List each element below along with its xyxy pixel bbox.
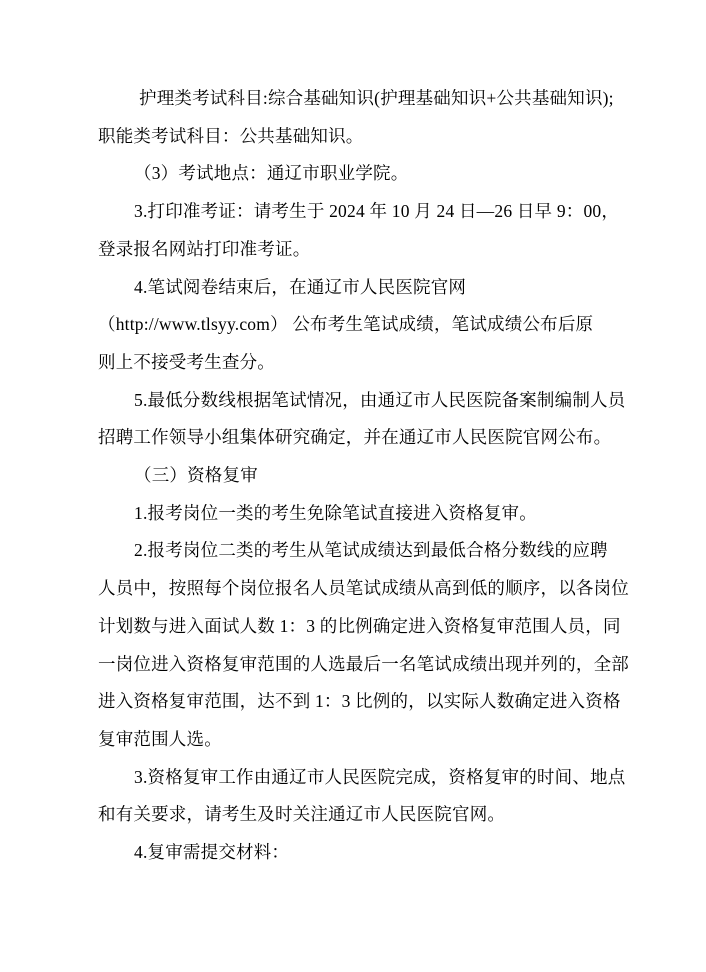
doc-section-heading: （三）资格复审 [98,457,614,495]
doc-line: 护理类考试科目:综合基础知识(护理基础知识+公共基础知识); [98,80,614,118]
doc-line: 人员中，按照每个岗位报名人员笔试成绩从高到低的顺序，以各岗位 [98,570,614,608]
doc-line: 进入资格复审范围，达不到 1：3 比例的，以实际人数确定进入资格 [98,683,614,721]
doc-line: 3.资格复审工作由通辽市人民医院完成，资格复审的时间、地点 [98,759,614,797]
document-text-block: 护理类考试科目:综合基础知识(护理基础知识+公共基础知识); 职能类考试科目：公… [98,80,614,872]
doc-line: 计划数与进入面试人数 1：3 的比例确定进入资格复审范围人员，同 [98,608,614,646]
doc-line: 4.笔试阅卷结束后，在通辽市人民医院官网 [98,269,614,307]
doc-line: 4.复审需提交材料： [98,834,614,872]
doc-line: 5.最低分数线根据笔试情况，由通辽市人民医院备案制编制人员 [98,382,614,420]
doc-line: 招聘工作领导小组集体研究确定，并在通辽市人民医院官网公布。 [98,419,614,457]
doc-line: 3.打印准考证：请考生于 2024 年 10 月 24 日—26 日早 9：00… [98,193,614,231]
document-page: 护理类考试科目:综合基础知识(护理基础知识+公共基础知识); 职能类考试科目：公… [0,0,706,972]
doc-line: 复审范围人选。 [98,721,614,759]
doc-line: 登录报名网站打印准考证。 [98,231,614,269]
doc-line: （http://www.tlsyy.com） 公布考生笔试成绩，笔试成绩公布后原 [98,306,614,344]
doc-line: 1.报考岗位一类的考生免除笔试直接进入资格复审。 [98,495,614,533]
doc-line: （3）考试地点：通辽市职业学院。 [98,155,614,193]
doc-line: 职能类考试科目：公共基础知识。 [98,118,614,156]
doc-line: 一岗位进入资格复审范围的人选最后一名笔试成绩出现并列的，全部 [98,646,614,684]
doc-line: 则上不接受考生查分。 [98,344,614,382]
doc-line: 2.报考岗位二类的考生从笔试成绩达到最低合格分数线的应聘 [98,532,614,570]
doc-line: 和有关要求，请考生及时关注通辽市人民医院官网。 [98,796,614,834]
